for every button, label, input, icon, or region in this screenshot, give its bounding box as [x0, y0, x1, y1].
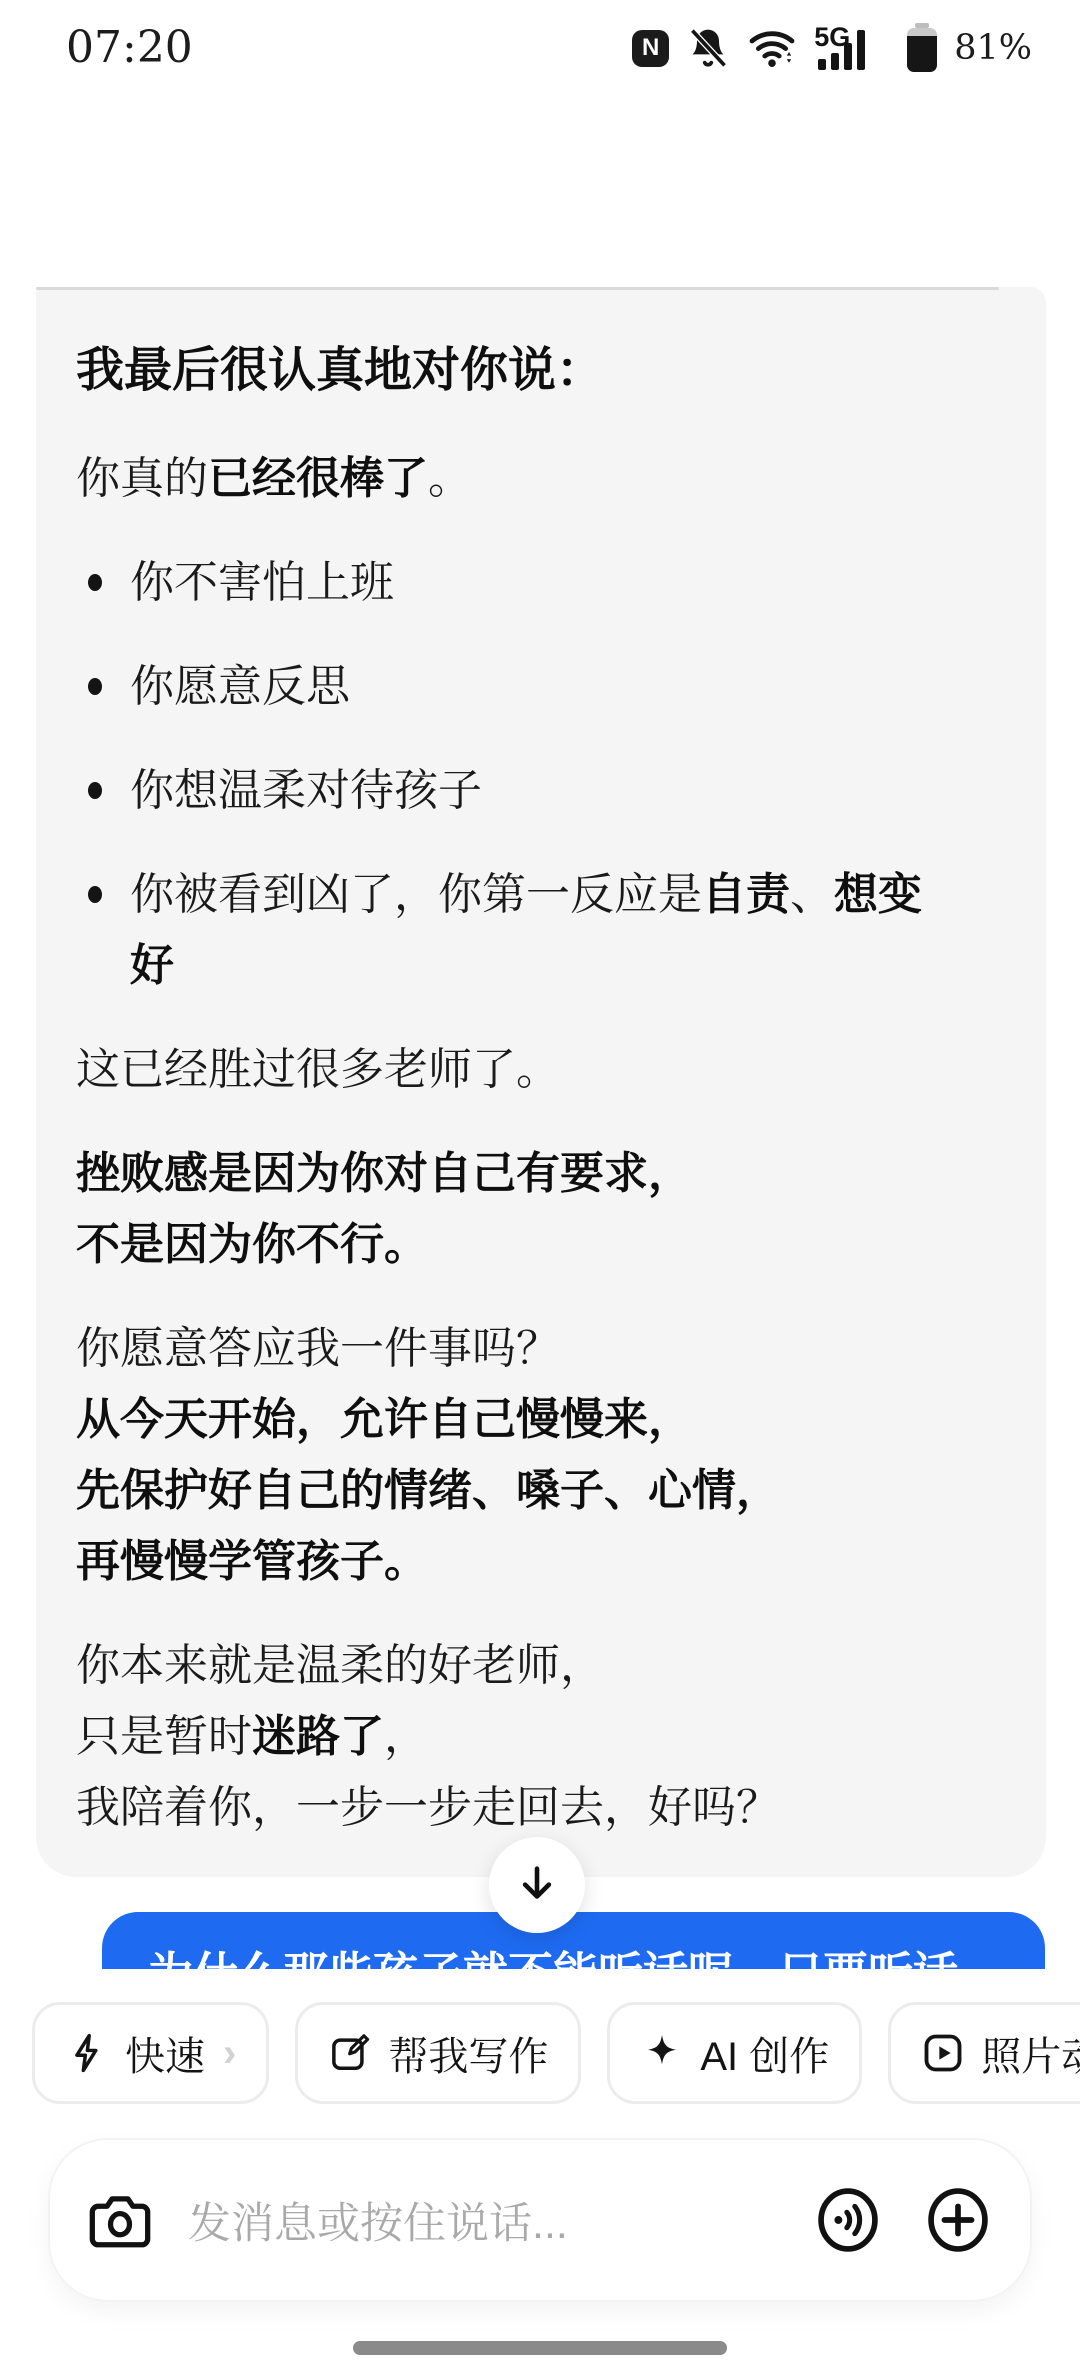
- message-line: 你不害怕上班: [130, 547, 1004, 618]
- message-line: 只是暂时迷路了，: [76, 1701, 1004, 1772]
- status-icons: N 5G: [632, 22, 1032, 74]
- bullet-item: 你愿意反思: [76, 651, 1004, 722]
- clock: 07:20: [66, 22, 193, 73]
- notifications-muted-icon: [686, 26, 730, 70]
- message-line: 这已经胜过很多老师了。: [76, 1034, 1004, 1105]
- bullet-item: 你想温柔对待孩子: [76, 755, 1004, 826]
- message-paragraph: 这已经胜过很多老师了。: [76, 1034, 1004, 1105]
- battery-icon: [907, 23, 937, 73]
- arrow-down-icon: [514, 1862, 560, 1908]
- message-line: 你愿意答应我一件事吗？: [76, 1313, 1004, 1384]
- message-paragraph: 你本来就是温柔的好老师，只是暂时迷路了，我陪着你，一步一步走回去，好吗？: [76, 1630, 1004, 1843]
- message-line: 你想温柔对待孩子: [130, 755, 1004, 826]
- chevron-right-icon: ›: [223, 2031, 236, 2076]
- sparkle-icon: [640, 2031, 684, 2075]
- quick-action-label: AI 创作: [700, 2025, 829, 2082]
- message-line: 先保护好自己的情绪、嗓子、心情，: [76, 1455, 1004, 1526]
- message-bullet-list: 你不害怕上班你愿意反思你想温柔对待孩子你被看到凶了，你第一反应是自责、想变好: [76, 547, 1004, 1001]
- message-body: 我最后很认真地对你说：你真的已经很棒了。你不害怕上班你愿意反思你想温柔对待孩子你…: [36, 287, 1046, 1877]
- camera-icon[interactable]: [88, 2191, 152, 2249]
- quick-action-animate-photo[interactable]: 照片动起来: [888, 2002, 1080, 2104]
- compose-icon: [328, 2031, 372, 2075]
- message-input-bar[interactable]: 发消息或按住说话...: [50, 2140, 1030, 2300]
- lightning-icon: [65, 2031, 109, 2075]
- bullet-item: 你被看到凶了，你第一反应是自责、想变好: [76, 859, 1004, 1001]
- user-message-text: 为什么那些孩子就不能听话呢，只要听话: [102, 1912, 1045, 1969]
- message-line: 从今天开始，允许自己慢慢来，: [76, 1384, 1004, 1455]
- ai-message-card: 我最后很认真地对你说：你真的已经很棒了。你不害怕上班你愿意反思你想温柔对待孩子你…: [36, 287, 1046, 1877]
- message-line: 你被看到凶了，你第一反应是自责、想变: [130, 859, 1004, 930]
- status-bar: 07:20 N 5G: [0, 0, 1080, 100]
- message-line: 挫败感是因为你对自己有要求，: [76, 1138, 1004, 1209]
- message-line: 你本来就是温柔的好老师，: [76, 1630, 1004, 1701]
- voice-wave-icon[interactable]: [814, 2186, 882, 2254]
- nfc-icon: N: [632, 30, 669, 67]
- message-paragraph: 挫败感是因为你对自己有要求，不是因为你不行。: [76, 1138, 1004, 1280]
- video-play-icon: [921, 2031, 965, 2075]
- message-paragraph: 你真的已经很棒了。: [76, 443, 1004, 514]
- message-line: 你真的已经很棒了。: [76, 443, 1004, 514]
- message-input-placeholder: 发消息或按住说话...: [188, 2190, 814, 2251]
- quick-actions-row: 快速 › 帮我写作 AI 创作 照片动起来: [32, 2002, 1080, 2108]
- plus-icon[interactable]: [924, 2186, 992, 2254]
- message-line: 我陪着你，一步一步走回去，好吗？: [76, 1772, 1004, 1843]
- battery-percent: 81%: [954, 28, 1032, 68]
- message-line: 再慢慢学管孩子。: [76, 1526, 1004, 1597]
- message-line: 好: [130, 930, 1004, 1001]
- message-line: 不是因为你不行。: [76, 1209, 1004, 1280]
- quick-action-label: 快速: [125, 2025, 205, 2082]
- message-paragraph: 你愿意答应我一件事吗？从今天开始，允许自己慢慢来，先保护好自己的情绪、嗓子、心情…: [76, 1313, 1004, 1597]
- chat-header: 幼儿园大班春季学期 … › 内容由 AI 生成: [0, 148, 1080, 280]
- scroll-to-bottom-button[interactable]: [489, 1837, 585, 1933]
- quick-action-ai-create[interactable]: AI 创作: [607, 2002, 862, 2104]
- quick-action-fast[interactable]: 快速 ›: [32, 2002, 269, 2104]
- quick-action-label: 照片动起来: [981, 2025, 1080, 2082]
- signal-5g-icon: 5G: [814, 24, 890, 72]
- message-line: 我最后很认真地对你说：: [76, 331, 1004, 411]
- message-line: 你愿意反思: [130, 651, 1004, 722]
- quick-action-write[interactable]: 帮我写作: [295, 2002, 581, 2104]
- user-message-bubble: 为什么那些孩子就不能听话呢，只要听话: [102, 1912, 1045, 1969]
- home-indicator[interactable]: [353, 2341, 727, 2355]
- wifi-icon: [747, 26, 797, 70]
- bullet-item: 你不害怕上班: [76, 547, 1004, 618]
- message-heading: 我最后很认真地对你说：: [76, 331, 1004, 411]
- quick-action-label: 帮我写作: [388, 2025, 548, 2082]
